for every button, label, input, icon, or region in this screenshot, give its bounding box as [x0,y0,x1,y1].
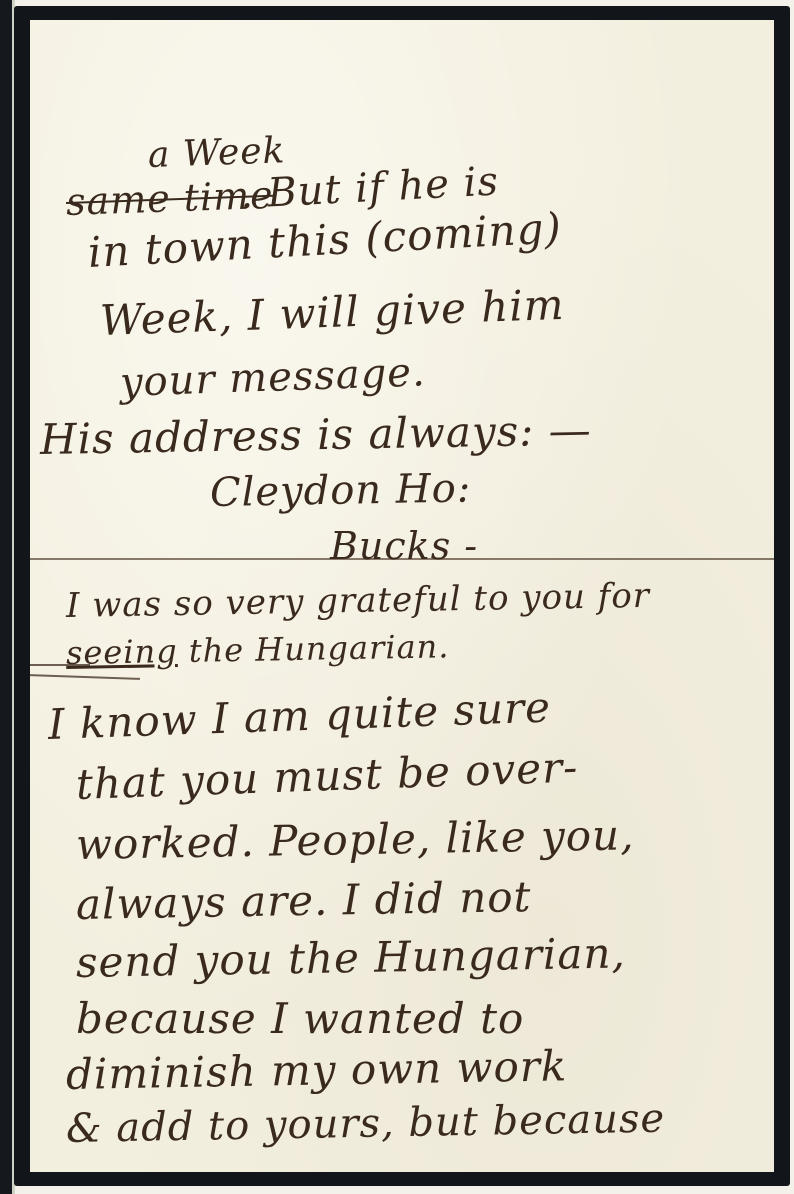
letter-paper: a Weeksame time. But if he isin town thi… [30,20,774,1172]
handwritten-line: diminish my own work [66,1041,568,1099]
handwritten-line: Cleydon Ho: [210,465,472,516]
handwritten-line: I was so very grateful to you for [66,576,651,626]
handwritten-line: a Week [147,130,286,176]
adjacent-page-spine [0,0,12,1194]
underlined-word: seeing [66,632,178,672]
handwritten-line: always are. I did not [76,872,532,929]
handwritten-line: your message. [119,349,426,406]
handwritten-line: send you the Hungarian, [76,928,627,987]
handwritten-line: I know I am quite sure [47,682,552,749]
mourning-border-card: a Weeksame time. But if he isin town thi… [14,6,790,1186]
handwritten-line: because I wanted to [76,994,524,1043]
handwritten-line: worked. People, like you, [76,810,635,869]
margin-mark [30,674,140,680]
handwritten-line: that you must be over- [75,742,579,809]
handwritten-line: Bucks - [330,524,478,568]
handwritten-line: & add to yours, but because [66,1096,666,1152]
handwritten-line: His address is always: — [40,405,593,464]
handwritten-line: Week, I will give him [99,280,565,345]
handwritten-line: seeing the Hungarian. [66,627,450,672]
